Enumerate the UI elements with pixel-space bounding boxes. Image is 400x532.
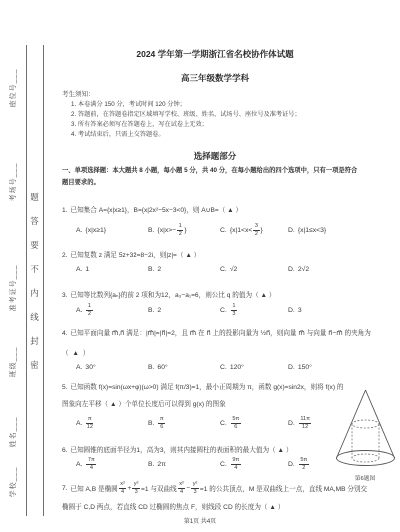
- option-4a: A.30°: [76, 364, 148, 371]
- fraction-den: 3: [194, 489, 197, 496]
- option-1b-post: }: [184, 227, 186, 234]
- option-4b: B.60°: [148, 364, 220, 371]
- plus-sign: +: [127, 485, 131, 492]
- fraction: π12: [86, 416, 93, 431]
- question-3: 3.已知等比数列{aₙ}的前 2 项和为12，a₃−a₁=6，则公比 q 的值为…: [62, 289, 398, 299]
- fraction-den: 2: [179, 231, 182, 238]
- fraction-den: 4: [180, 489, 183, 496]
- fraction: x²4: [178, 481, 186, 496]
- option-5b: B.π6: [148, 416, 220, 431]
- fraction-num: x²: [178, 481, 186, 489]
- question-2-options: A.1 B.2 C.√2 D.2√2: [76, 266, 309, 273]
- fraction: π6: [158, 416, 165, 431]
- cone-figure: [333, 386, 397, 472]
- option-4c-label: C.: [220, 364, 227, 371]
- question-7: 7. 已知 A,B 是椭圆 x²4 + y²3 =1 与双曲线 x²4 − y²…: [62, 481, 398, 496]
- option-4b-value: 60°: [157, 364, 167, 371]
- option-2d-value: 2√2: [298, 266, 309, 273]
- option-3d-label: D.: [288, 307, 295, 314]
- fraction: 12: [177, 223, 183, 238]
- seal-char: 题: [30, 191, 39, 203]
- fraction: 32: [253, 223, 259, 238]
- question-4-number: 4.: [62, 330, 68, 337]
- fraction-den: 3: [135, 489, 138, 496]
- fraction-den: 4: [121, 489, 124, 496]
- question-6-text: 已知圆锥的底面半径为1，高为3，则其内接圆柱的表面积的最大值为（ ▲ ）: [71, 447, 293, 454]
- option-6c: C.9π4: [220, 457, 288, 472]
- option-4d: D.150°: [288, 364, 312, 371]
- fraction: y²3: [132, 481, 140, 496]
- question-3-text: 已知等比数列{aₙ}的前 2 项和为12，a₃−a₁=6，则公比 q 的值为（ …: [71, 292, 276, 299]
- option-3b-value: 2: [157, 307, 161, 314]
- page-footer: 第1页 共4页: [0, 516, 400, 525]
- option-2c-label: C.: [220, 266, 227, 273]
- fraction: 7π4: [86, 457, 96, 472]
- seal-char: 答: [30, 215, 39, 227]
- fraction-num: 5π: [299, 457, 309, 465]
- fraction-num: 11π: [299, 416, 312, 424]
- exam-subtitle: 高三年级数学学科: [50, 72, 380, 84]
- fraction: 11π12: [299, 416, 312, 431]
- option-2a: A.1: [76, 266, 148, 273]
- option-6b-label: B.: [148, 461, 154, 468]
- question-7-seg1: 已知 A,B 是椭圆: [71, 483, 118, 493]
- question-7-seg2: =1 与双曲线: [141, 483, 177, 493]
- option-5a-label: A.: [76, 420, 82, 427]
- question-5-line1: 已知函数 f(x)=sin(ωx+φ)(ω>0) 满足 f(π/3)=1，最小正…: [71, 384, 344, 391]
- question-4: 4.已知平面向量 m⃗,n⃗ 满足：|m⃗|=|n⃗|=2，且 m⃗ 在 n⃗ …: [62, 327, 398, 337]
- option-2b-value: 2: [157, 266, 161, 273]
- question-3-number: 3.: [62, 292, 68, 299]
- fraction-num: 9π: [231, 457, 241, 465]
- option-1d: D.{x|1≤x<3}: [288, 227, 326, 234]
- margin-label-room-number: 考场号___: [8, 163, 18, 202]
- question-2-text: 已知复数 z 满足 5z+3z̄=8−2i，则|z|=（ ▲ ）: [71, 252, 201, 259]
- question-1: 1.已知集合 A={x|x≥1}，B={x|2x²−5x−3<0}，则 A∪B=…: [62, 204, 398, 214]
- question-4-line2: （ ▲ ）: [62, 347, 398, 357]
- option-3d-value: 3: [298, 307, 302, 314]
- option-3d: D.3: [288, 307, 302, 314]
- margin-label-class: 班级___: [8, 347, 18, 378]
- section-title: 选择题部分: [50, 150, 380, 162]
- fraction-den: 4: [234, 465, 237, 472]
- option-3b: B.2: [148, 307, 220, 314]
- question-6-number: 6.: [62, 447, 68, 454]
- option-1d-label: D.: [288, 227, 295, 234]
- option-2d-label: D.: [288, 266, 295, 273]
- fraction: 12: [86, 303, 92, 318]
- seal-char: 封: [30, 335, 39, 347]
- option-2c-value: √2: [230, 266, 238, 273]
- fraction-num: 1: [177, 223, 183, 231]
- question-5-options: A.π12 B.π6 C.5π6 D.11π12: [76, 416, 312, 431]
- option-3b-label: B.: [148, 307, 154, 314]
- notice-item-4: 4. 考试结束后，只需上交答题卷。: [71, 129, 396, 138]
- option-1d-value: {x|1≤x<3}: [298, 227, 326, 234]
- question-1-options: A.{x|x≥1} B.{x|x>−12} C.{x|1<x<32} D.{x|…: [76, 223, 326, 238]
- fraction: x²4: [119, 481, 127, 496]
- option-3c-label: C.: [220, 307, 227, 314]
- option-6b: B.2π: [148, 461, 220, 468]
- question-1-text: 已知集合 A={x|x≥1}，B={x|2x²−5x−3<0}，则 A∪B=（ …: [71, 207, 243, 214]
- notice-item-3: 3. 所有答案必须写在答题卷上，写在试卷上无效；: [71, 119, 396, 128]
- fraction-den: 2: [255, 231, 258, 238]
- option-3c: C.13: [220, 303, 288, 318]
- seal-line-text: 题 答 要 不 内 线 封 密: [27, 191, 42, 371]
- question-1-number: 1.: [62, 207, 68, 214]
- option-4b-label: B.: [148, 364, 154, 371]
- seal-char: 内: [30, 287, 39, 299]
- fraction-num: π: [86, 416, 93, 424]
- notice-heading: 考生须知：: [62, 89, 396, 98]
- option-2a-label: A.: [76, 266, 82, 273]
- option-4a-value: 30°: [85, 364, 95, 371]
- seal-line-inner: [43, 45, 44, 516]
- question-6-options: A.7π4 B.2π C.9π4 D.5π2: [76, 457, 310, 472]
- option-6c-label: C.: [220, 461, 227, 468]
- option-4c: C.120°: [220, 364, 288, 371]
- fraction-den: 12: [87, 424, 93, 431]
- option-5b-label: B.: [148, 420, 154, 427]
- option-4a-label: A.: [76, 364, 82, 371]
- option-5c-label: C.: [220, 420, 227, 427]
- option-3a-label: A.: [76, 307, 82, 314]
- fraction: y²3: [191, 481, 199, 496]
- option-5d-label: D.: [288, 420, 295, 427]
- fraction-den: 6: [160, 424, 163, 431]
- fraction-num: 1: [231, 303, 237, 311]
- fraction-num: 5π: [231, 416, 241, 424]
- option-2c: C.√2: [220, 266, 288, 273]
- notice-item-1: 1. 本卷满分 150 分，考试时间 120 分钟；: [71, 99, 396, 108]
- option-1a: A.{x|x≥1}: [76, 227, 148, 234]
- option-6a: A.7π4: [76, 457, 148, 472]
- option-1c: C.{x|1<x<32}: [220, 223, 288, 238]
- option-2d: D.2√2: [288, 266, 309, 273]
- minus-sign: −: [186, 485, 190, 492]
- section-intro-line1: 一、单项选择题：本大题共 8 小题，每小题 5 分，共 40 分，在每小题给出的…: [62, 165, 396, 174]
- fraction-num: 1: [86, 303, 92, 311]
- section-intro-line2: 题目要求的。: [62, 177, 396, 186]
- question-7-line2: 椭圆于 C,D 两点，若直线 CD 过椭圆的焦点 F，则线段 CD 的长度为（ …: [62, 501, 398, 511]
- fraction: 13: [231, 303, 237, 318]
- fraction-num: y²: [132, 481, 140, 489]
- option-4d-label: D.: [288, 364, 295, 371]
- seal-char: 要: [30, 239, 39, 251]
- fraction-den: 2: [88, 311, 91, 318]
- margin-label-school: 学校___: [8, 467, 18, 498]
- fraction-den: 6: [234, 424, 237, 431]
- question-4-options: A.30° B.60° C.120° D.150°: [76, 364, 312, 371]
- option-1b-pre: {x|x>−: [157, 227, 176, 234]
- option-6d: D.5π2: [288, 457, 310, 472]
- fraction-den: 12: [302, 424, 308, 431]
- option-2b-label: B.: [148, 266, 154, 273]
- question-2-number: 2.: [62, 252, 68, 259]
- option-2a-value: 1: [85, 266, 89, 273]
- fraction: 9π4: [231, 457, 241, 472]
- option-4d-value: 150°: [298, 364, 312, 371]
- margin-label-admission-number: 准考证号___: [8, 265, 18, 312]
- seal-char: 不: [30, 263, 39, 275]
- option-6a-label: A.: [76, 461, 82, 468]
- fraction-num: y²: [191, 481, 199, 489]
- exam-page: 座位号___ 考场号___ 准考证号___ 班级___ 姓名___ 学校___ …: [0, 0, 400, 532]
- option-1a-value: {x|x≥1}: [85, 227, 106, 234]
- option-5a: A.π12: [76, 416, 148, 431]
- fraction: 5π6: [231, 416, 241, 431]
- option-1c-post: }: [261, 227, 263, 234]
- option-1c-pre: {x|1<x<: [230, 227, 253, 234]
- fraction-num: 7π: [86, 457, 96, 465]
- fraction-den: 4: [90, 465, 93, 472]
- question-4-line1: 已知平面向量 m⃗,n⃗ 满足：|m⃗|=|n⃗|=2，且 m⃗ 在 n⃗ 上的…: [71, 330, 371, 337]
- option-6d-label: D.: [288, 461, 295, 468]
- exam-title: 2024 学年第一学期浙江省名校协作体试题: [50, 48, 380, 60]
- option-6b-value: 2π: [157, 461, 165, 468]
- margin-label-name: 姓名___: [8, 417, 18, 448]
- option-5c: C.5π6: [220, 416, 288, 431]
- notice-item-2: 2. 答题前，在答题卷指定区域填写学校、班级、姓名、试场号、座位号及准考证号；: [71, 109, 396, 118]
- question-5-number: 5.: [62, 384, 68, 391]
- margin-label-seat-number: 座位号___: [8, 69, 18, 108]
- fraction: 5π2: [299, 457, 309, 472]
- question-3-options: A.12 B.2 C.13 D.3: [76, 303, 302, 318]
- seal-char: 线: [30, 311, 39, 323]
- fraction-num: x²: [119, 481, 127, 489]
- option-1b-label: B.: [148, 227, 154, 234]
- option-4c-value: 120°: [230, 364, 244, 371]
- fraction-den: 3: [232, 311, 235, 318]
- option-5d: D.11π12: [288, 416, 312, 431]
- option-1b: B.{x|x>−12}: [148, 223, 220, 238]
- option-2b: B.2: [148, 266, 220, 273]
- option-3a: A.12: [76, 303, 148, 318]
- fraction-num: π: [158, 416, 165, 424]
- option-1c-label: C.: [220, 227, 227, 234]
- option-1a-label: A.: [76, 227, 82, 234]
- question-7-number: 7.: [62, 485, 68, 492]
- fraction-den: 2: [302, 465, 305, 472]
- seal-char: 密: [30, 359, 39, 371]
- question-7-seg3: =1 的公共顶点，M 是双曲线上一点，直线 MA,MB 分别交: [200, 483, 367, 493]
- fraction-num: 3: [253, 223, 259, 231]
- question-2: 2.已知复数 z 满足 5z+3z̄=8−2i，则|z|=（ ▲ ）: [62, 249, 398, 259]
